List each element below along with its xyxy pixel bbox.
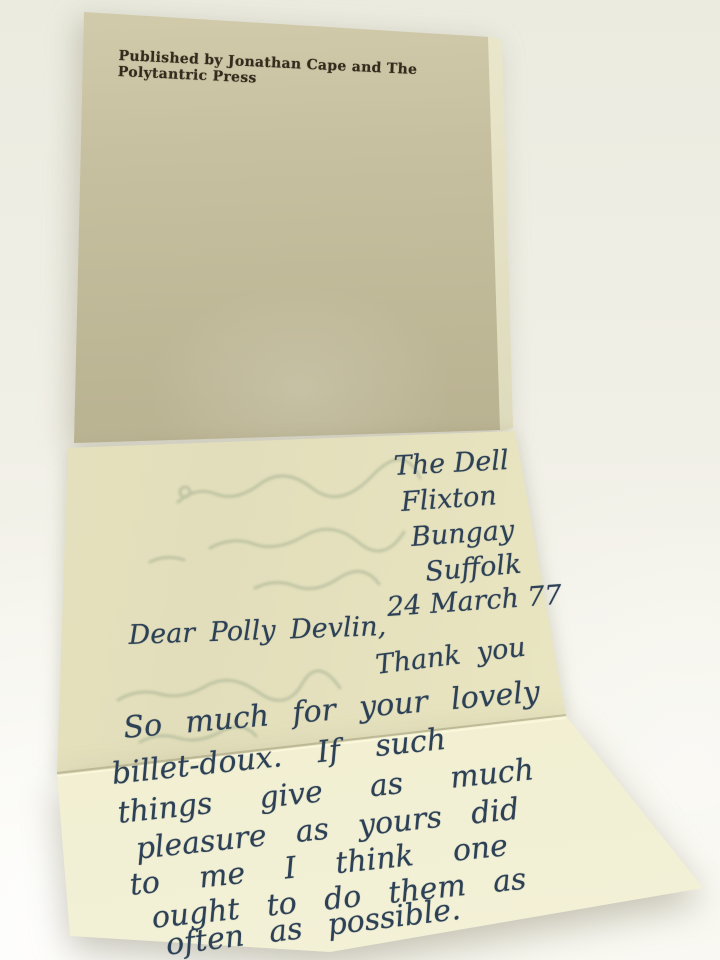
address-line: Flixton [400, 480, 498, 518]
address-line: Bungay [410, 515, 515, 553]
photo-scene: Published by Jonathan Cape and The Polyt… [0, 0, 720, 960]
address-date-line: 24 March 77 [386, 580, 563, 623]
ghost-stroke [210, 529, 404, 551]
ghost-stroke [180, 487, 190, 497]
ghost-stroke [255, 571, 379, 588]
ghost-stroke [150, 557, 184, 562]
address-line: Suffolk [424, 549, 523, 588]
address-line: The Dell [393, 445, 509, 482]
ghost-stroke [178, 459, 420, 502]
thank-you-line: Thank you [374, 632, 527, 681]
publisher-imprint: Published by Jonathan Cape and The Polyt… [117, 48, 478, 97]
greeting-line: Dear Polly Devlin, [128, 611, 387, 651]
